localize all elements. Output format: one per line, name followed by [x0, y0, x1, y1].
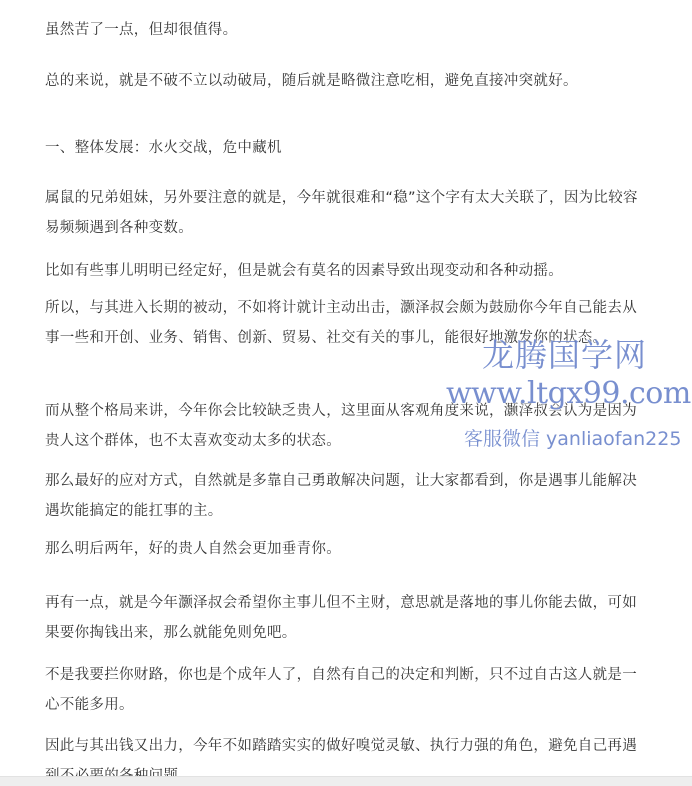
- section-heading: 一、整体发展：水火交战，危中藏机: [45, 133, 645, 163]
- bottom-bar: [0, 776, 692, 786]
- paragraph: 属鼠的兄弟姐妹，另外要注意的就是，今年就很难和“稳”这个字有太大关联了，因为比较…: [45, 183, 645, 243]
- paragraph: 不是我要拦你财路，你也是个成年人了，自然有自己的决定和判断，只不过自古这人就是一…: [45, 660, 645, 720]
- paragraph: 而从整个格局来讲，今年你会比较缺乏贵人，这里面从客观角度来说，灏泽叔会认为是因为…: [45, 396, 645, 456]
- paragraph: 总的来说，就是不破不立以动破局，随后就是略微注意吃相，避免直接冲突就好。: [45, 66, 645, 96]
- paragraph: 虽然苦了一点，但却很值得。: [45, 15, 645, 45]
- paragraph: 比如有些事儿明明已经定好，但是就会有莫名的因素导致出现变动和各种动摇。: [45, 256, 645, 286]
- paragraph: 那么最好的应对方式，自然就是多靠自己勇敢解决问题，让大家都看到，你是遇事儿能解决…: [45, 466, 645, 526]
- paragraph: 那么明后两年，好的贵人自然会更加垂青你。: [45, 534, 645, 564]
- paragraph: 再有一点，就是今年灏泽叔会希望你主事儿但不主财，意思就是落地的事儿你能去做，可如…: [45, 588, 645, 648]
- paragraph: 所以，与其进入长期的被动，不如将计就计主动出击，灏泽叔会颇为鼓励你今年自己能去从…: [45, 293, 645, 353]
